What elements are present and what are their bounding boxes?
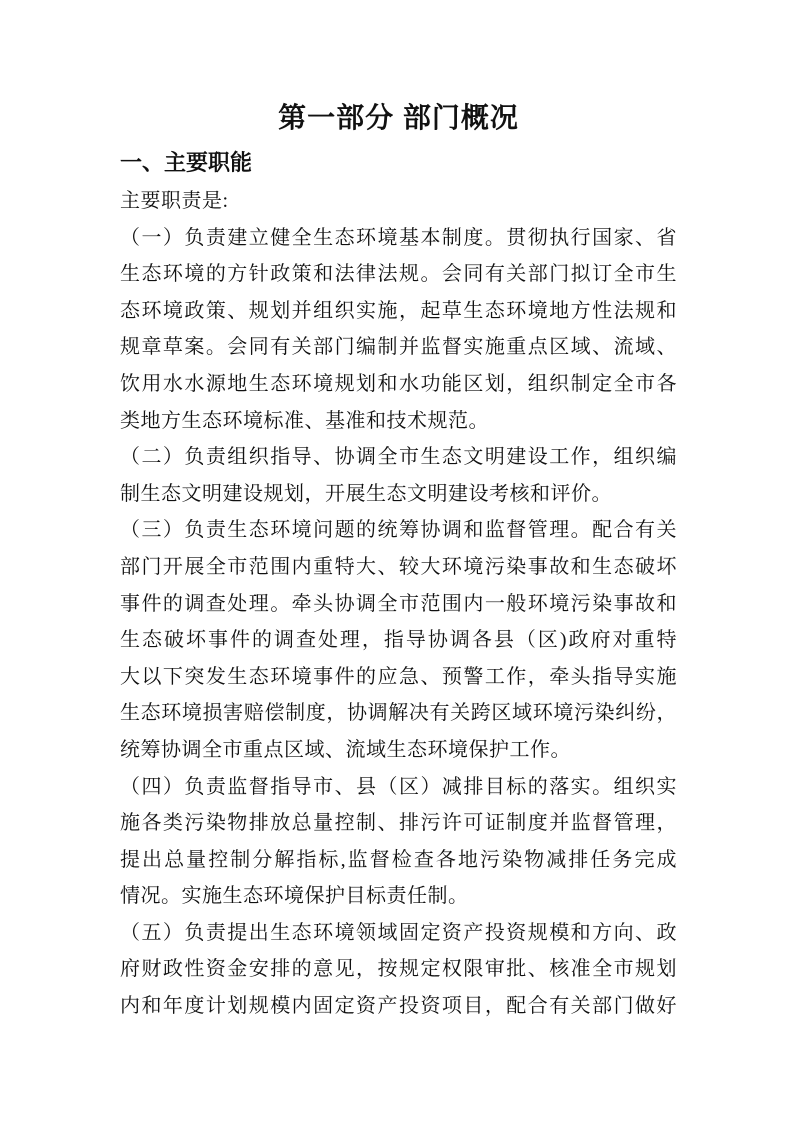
page-title: 第一部分 部门概况 [120, 98, 677, 138]
text-line: 提出总量控制分解指标,监督检查各地污染物减排任务完成 [120, 842, 677, 879]
text-line: 生态环境的方针政策和法律法规。会同有关部门拟订全市生 [120, 256, 677, 293]
text-line: 规章草案。会同有关部门编制并监督实施重点区域、流域、 [120, 329, 677, 366]
body-paragraphs: （一）负责建立健全生态环境基本制度。贯彻执行国家、省生态环境的方针政策和法律法规… [120, 220, 677, 1025]
text-line: 事件的调查处理。牵头协调全市范围内一般环境污染事故和 [120, 586, 677, 623]
text-line: 内和年度计划规模内固定资产投资项目，配合有关部门做好 [120, 988, 677, 1025]
paragraph: （二）负责组织指导、协调全市生态文明建设工作，组织编制生态文明建设规划，开展生态… [120, 439, 677, 512]
text-line: 生态破坏事件的调查处理，指导协调各县（区)政府对重特 [120, 622, 677, 659]
text-line: 类地方生态环境标准、基准和技术规范。 [120, 403, 677, 440]
text-line: 态环境政策、规划并组织实施，起草生态环境地方性法规和 [120, 293, 677, 330]
paragraph: （五）负责提出生态环境领域固定资产投资规模和方向、政府财政性资金安排的意见，按规… [120, 915, 677, 1025]
paragraph: （四）负责监督指导市、县（区）减排目标的落实。组织实施各类污染物排放总量控制、排… [120, 769, 677, 915]
text-line: 施各类污染物排放总量控制、排污许可证制度并监督管理， [120, 805, 677, 842]
text-line: 统筹协调全市重点区域、流域生态环境保护工作。 [120, 732, 677, 769]
paragraph: （三）负责生态环境问题的统筹协调和监督管理。配合有关部门开展全市范围内重特大、较… [120, 512, 677, 768]
text-line: 情况。实施生态环境保护目标责任制。 [120, 878, 677, 915]
text-line: （四）负责监督指导市、县（区）减排目标的落实。组织实 [120, 769, 677, 806]
text-line: 生态环境损害赔偿制度，协调解决有关跨区域环境污染纠纷， [120, 695, 677, 732]
text-line: （五）负责提出生态环境领域固定资产投资规模和方向、政 [120, 915, 677, 952]
text-line: （一）负责建立健全生态环境基本制度。贯彻执行国家、省 [120, 220, 677, 257]
text-line: 府财政性资金安排的意见，按规定权限审批、核准全市规划 [120, 951, 677, 988]
section-heading: 一、主要职能 [120, 148, 677, 178]
text-line: 大以下突发生态环境事件的应急、预警工作，牵头指导实施 [120, 659, 677, 696]
text-line: 制生态文明建设规划，开展生态文明建设考核和评价。 [120, 476, 677, 513]
text-line: 饮用水水源地生态环境规划和水功能区划，组织制定全市各 [120, 366, 677, 403]
intro-line: 主要职责是: [120, 183, 677, 220]
document-body: 主要职责是: （一）负责建立健全生态环境基本制度。贯彻执行国家、省生态环境的方针… [120, 183, 677, 1025]
text-line: （二）负责组织指导、协调全市生态文明建设工作，组织编 [120, 439, 677, 476]
text-line: （三）负责生态环境问题的统筹协调和监督管理。配合有关 [120, 512, 677, 549]
paragraph: （一）负责建立健全生态环境基本制度。贯彻执行国家、省生态环境的方针政策和法律法规… [120, 220, 677, 440]
text-line: 部门开展全市范围内重特大、较大环境污染事故和生态破坏 [120, 549, 677, 586]
document-page: 第一部分 部门概况 一、主要职能 主要职责是: （一）负责建立健全生态环境基本制… [0, 0, 793, 1122]
